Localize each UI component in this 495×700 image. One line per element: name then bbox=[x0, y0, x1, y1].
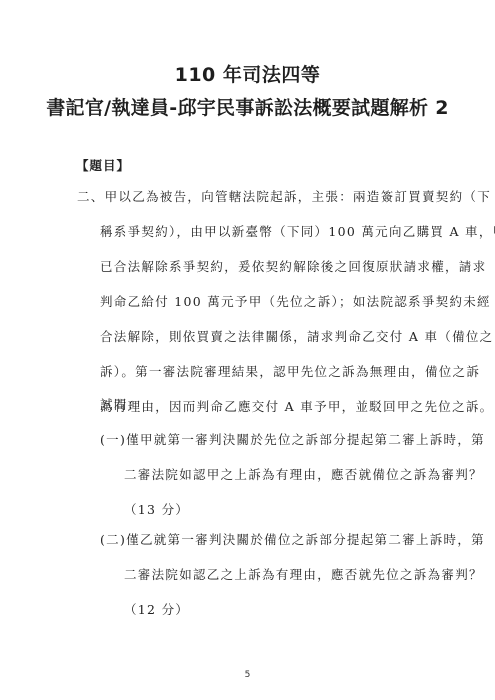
sub-question-1-line-1: (一)僅甲就第一審判決關於先位之訴部分提起第二審上訴時，第 bbox=[100, 430, 485, 448]
sub-question-2-line-1: (二)僅乙就第一審判決關於備位之訴部分提起第二審上訴時，第 bbox=[100, 530, 485, 548]
question-line: 二、甲以乙為被告，向管轄法院起訴，主張：兩造簽訂買賣契約（下 bbox=[77, 187, 491, 205]
page-number: 5 bbox=[0, 670, 495, 680]
question-line: 稱系爭契約），由甲以新臺幣（下同）100 萬元向乙購買 A 車，甲 bbox=[100, 222, 495, 240]
question-line: 合法解除，則依買賣之法律關係，請求判命乙交付 A 車（備位之 bbox=[100, 327, 493, 345]
question-line: 已合法解除系爭契約，爰依契約解除後之回復原狀請求權，請求 bbox=[100, 257, 486, 275]
section-label: 【題目】 bbox=[76, 156, 130, 174]
sub-question-2-line-2: 二審法院如認乙之上訴為有理由，應否就先位之訴為審判？ bbox=[124, 565, 483, 583]
document-page: 110 年司法四等 書記官/執達員-邱宇民事訴訟法概要試題解析 2 【題目】 二… bbox=[0, 0, 495, 700]
document-title-exam: 110 年司法四等 bbox=[0, 60, 495, 87]
question-line: 為有理由，因而判命乙應交付 A 車予甲，並駁回甲之先位之訴。 bbox=[100, 397, 493, 415]
question-line: 訴）。第一審法院審理結果，認甲先位之訴為無理由，備位之訴 bbox=[100, 362, 480, 380]
question-line: 判命乙給付 100 萬元予甲（先位之訴）；如法院認系爭契約未經 bbox=[100, 292, 491, 310]
ask-label: 試問： bbox=[100, 395, 141, 413]
document-title-subject: 書記官/執達員-邱宇民事訴訟法概要試題解析 2 bbox=[0, 93, 495, 120]
sub-question-2-points: （12 分） bbox=[124, 600, 189, 618]
sub-question-1-points: （13 分） bbox=[124, 500, 189, 518]
sub-question-1-line-2: 二審法院如認甲之上訴為有理由，應否就備位之訴為審判？ bbox=[124, 465, 483, 483]
